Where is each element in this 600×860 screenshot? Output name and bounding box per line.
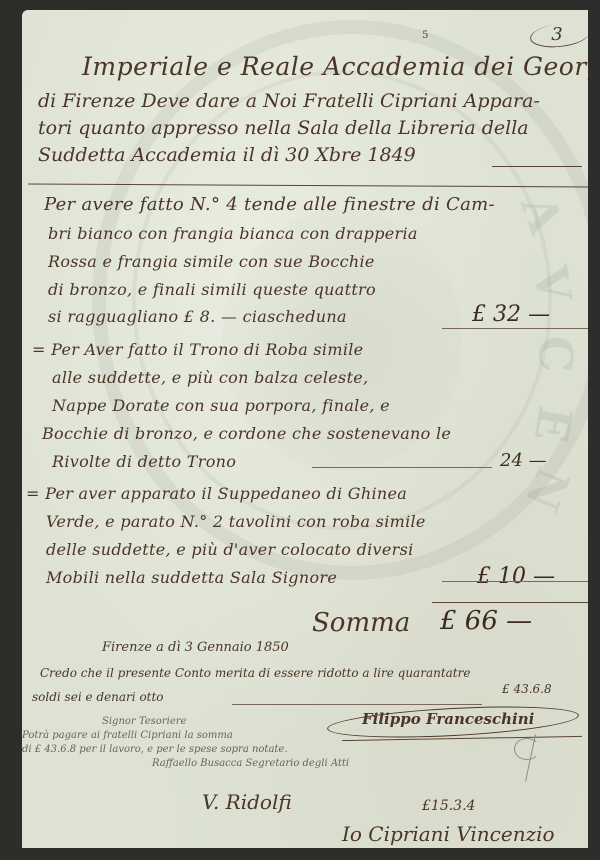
heading-line-1: Imperiale e Reale Accademia dei Georgofi… bbox=[82, 52, 588, 81]
page-number: 5 bbox=[422, 30, 428, 41]
entry-2-line-3: Nappe Dorate con sua porpora, finale, e bbox=[52, 396, 390, 415]
entry-3-line-4: Mobili nella suddetta Sala Signore bbox=[46, 568, 337, 587]
total-over-rule bbox=[432, 602, 588, 603]
folio-circle-mark bbox=[529, 21, 588, 50]
treasurer-note-line-1: Potrà pagare ai fratelli Cipriani la som… bbox=[22, 730, 233, 741]
watermark-stamp-text: C bbox=[528, 336, 582, 379]
total-amount: £ 66 — bbox=[440, 606, 532, 636]
entry-1-line-3: Rossa e frangia simile con sue Bocchie bbox=[48, 252, 375, 271]
entry-2-line-4: Bocchie di bronzo, e cordone che sostene… bbox=[42, 424, 451, 443]
entry-2-line-1: = Per Aver fatto il Trono di Roba simile bbox=[32, 340, 363, 359]
approval-signature: Filippo Franceschini bbox=[362, 710, 534, 728]
pencil-initial-mark-icon bbox=[514, 738, 540, 760]
entry-1-amount: £ 32 — bbox=[472, 302, 550, 327]
entry-2-line-5: Rivolte di detto Trono bbox=[52, 452, 236, 471]
entry-1-line-5: si ragguagliano £ 8. — ciascheduna bbox=[48, 307, 347, 326]
entry-1-line-2: bri bianco con frangia bianca con drappe… bbox=[48, 224, 418, 243]
approval-line-1: Credo che il presente Conto merita di es… bbox=[40, 666, 470, 680]
entry-2-amount: 24 — bbox=[500, 450, 547, 471]
entry-1-line-1: Per avere fatto N.° 4 tende alle finestr… bbox=[44, 194, 495, 215]
treasurer-note-salutation: Signor Tesoriere bbox=[102, 716, 186, 727]
treasurer-note-signature: Raffaello Busacca Segretario degli Atti bbox=[152, 758, 349, 769]
entry-3-amount-rule bbox=[442, 581, 588, 582]
entry-3-line-1: = Per aver apparato il Suppedaneo di Ghi… bbox=[26, 484, 407, 503]
approval-date-line: Firenze a dì 3 Gennaio 1850 bbox=[102, 640, 289, 655]
entry-1-line-4: di bronzo, e finali simili queste quattr… bbox=[48, 280, 376, 299]
entry-3-amount: £ 10 — bbox=[477, 564, 555, 589]
signature-ridolfi: V. Ridolfi bbox=[202, 790, 292, 814]
entry-3-line-2: Verde, e parato N.° 2 tavolini con roba … bbox=[46, 512, 426, 531]
heading-line-4: Suddetta Accademia il dì 30 Xbre 1849 bbox=[38, 144, 416, 166]
heading-end-rule bbox=[492, 166, 582, 167]
approval-line-2: soldi sei e denari otto bbox=[32, 690, 164, 704]
entry-2-leader-line bbox=[312, 467, 492, 468]
document-scan-frame: A V C E N 5 3 Imperiale e Reale Accademi… bbox=[0, 0, 600, 860]
entry-1-amount-rule bbox=[442, 328, 588, 329]
entry-3-line-3: delle suddette, e più d'aver colocato di… bbox=[46, 540, 414, 559]
signature-cipriani: Io Cipriani Vincenzio bbox=[342, 822, 555, 846]
entry-2-line-2: alle suddette, e più con balza celeste, bbox=[52, 368, 368, 387]
approval-leader-line bbox=[232, 704, 482, 705]
document-page: A V C E N 5 3 Imperiale e Reale Accademi… bbox=[22, 10, 588, 848]
receipt-amount: £15.3.4 bbox=[422, 798, 475, 814]
heading-line-3: tori quanto appresso nella Sala della Li… bbox=[38, 117, 529, 139]
treasurer-note-line-2: di £ 43.6.8 per il lavoro, e per le spes… bbox=[22, 744, 288, 755]
total-label: Somma bbox=[312, 608, 410, 638]
heading-line-2: di Firenze Deve dare a Noi Fratelli Cipr… bbox=[38, 90, 540, 112]
approval-reduced-amount: £ 43.6.8 bbox=[502, 682, 552, 696]
